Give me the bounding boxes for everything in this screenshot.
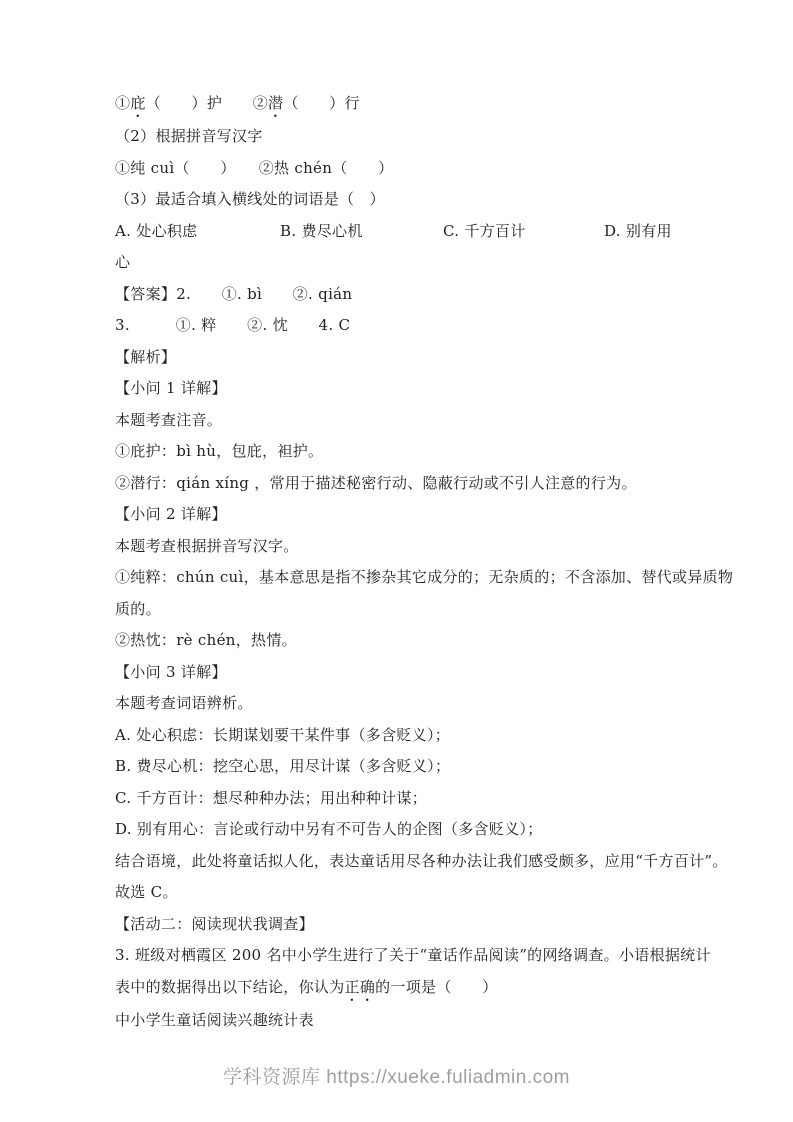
analysis-heading: 【解析】 — [115, 342, 715, 374]
text-segment: 本题考查根据拼音写汉字。 — [115, 537, 299, 555]
text-segment: 中小学生童话阅读兴趣统计表 — [115, 1011, 314, 1029]
option-b-label: B. 费尽心机 — [280, 216, 443, 248]
subq1-item1: ①庇护：bì hù，包庇，袒护。 — [115, 436, 715, 468]
text-segment: A. 处心积虑：长期谋划要干某件事（多含贬义）； — [115, 726, 450, 744]
stat-table-title: 中小学生童话阅读兴趣统计表 — [115, 1005, 715, 1037]
exam-paper-page: ①庇（ ）护 ②潜（ ）行（2）根据拼音写汉字①纯 cuì（ ） ②热 chén… — [0, 0, 793, 1122]
text-segment: ① — [115, 94, 130, 112]
subq2-intro: 本题考查根据拼音写汉字。 — [115, 531, 715, 563]
text-segment: 【小问 1 详解】 — [115, 379, 227, 397]
subq2-heading: 【小问 2 详解】 — [115, 499, 715, 531]
q2-1-pinyin-blanks: ①庇（ ）护 ②潜（ ）行 — [115, 88, 715, 121]
subq1-item2: ②潜行：qián xíng ，常用于描述秘密行动、隐蔽行动或不引人注意的行为。 — [115, 468, 715, 500]
q3-stem-line1: 3. 班级对栖霞区 200 名中小学生进行了关于“童话作品阅读”的网络调查。小语… — [115, 940, 715, 972]
emphasized-text: 正确 — [345, 978, 376, 996]
emphasized-text: 潜 — [268, 94, 283, 112]
text-segment: 【小问 3 详解】 — [115, 663, 227, 681]
text-segment: 【小问 2 详解】 — [115, 505, 227, 523]
document-body: ①庇（ ）护 ②潜（ ）行（2）根据拼音写汉字①纯 cuì（ ） ②热 chén… — [115, 88, 715, 1036]
text-segment: 【答案】2. ①. bì ②. qián — [115, 285, 352, 303]
text-segment: 【解析】 — [115, 348, 176, 366]
subq3-option-c: C. 千方百计：想尽种种办法；用出种种计谋； — [115, 783, 715, 815]
text-segment: 3. 班级对栖霞区 200 名中小学生进行了关于“童话作品阅读”的网络调查。小语… — [115, 946, 711, 964]
text-segment: 本题考查词语辨析。 — [115, 694, 253, 712]
text-segment: ①纯 cuì（ ） ②热 chén（ ） — [115, 159, 393, 177]
option-c-label: C. 千方百计 — [443, 216, 604, 248]
answer-line-1: 【答案】2. ①. bì ②. qián — [115, 279, 715, 311]
q2-2-heading: （2）根据拼音写汉字 — [115, 121, 715, 153]
subq1-intro: 本题考查注音。 — [115, 405, 715, 437]
q2-3-heading: （3）最适合填入横线处的词语是（ ） — [115, 184, 715, 216]
subq2-item2: ②热忱：rè chén，热情。 — [115, 625, 715, 657]
subq2-item1-line1: ①纯粹：chún cuì，基本意思是指不掺杂其它成分的；无杂质的；不含添加、替代… — [115, 562, 715, 594]
text-segment: ②潜行：qián xíng ，常用于描述秘密行动、隐蔽行动或不引人注意的行为。 — [115, 474, 637, 492]
q2-3-options: A. 处心积虑B. 费尽心机C. 千方百计D. 别有用 — [115, 216, 715, 248]
subq3-option-b: B. 费尽心机：挖空心思，用尽计谋（多含贬义）； — [115, 751, 715, 783]
text-segment: 故选 C。 — [115, 883, 178, 901]
q2-2-blanks: ①纯 cuì（ ） ②热 chén（ ） — [115, 153, 715, 185]
subq3-context: 结合语境，此处将童话拟人化，表达童话用尽各种办法让我们感受颇多，应用“千方百计”… — [115, 846, 715, 878]
text-segment: ①庇护：bì hù，包庇，袒护。 — [115, 442, 323, 460]
text-segment: ②热忱：rè chén，热情。 — [115, 631, 297, 649]
subq1-heading: 【小问 1 详解】 — [115, 373, 715, 405]
subq2-item1-line2: 质的。 — [115, 594, 715, 626]
subq3-intro: 本题考查词语辨析。 — [115, 688, 715, 720]
watermark-footer: 学科资源库 https://xueke.fuliadmin.com — [0, 1062, 793, 1089]
text-segment: ①纯粹：chún cuì，基本意思是指不掺杂其它成分的；无杂质的；不含添加、替代… — [115, 568, 733, 586]
subq3-heading: 【小问 3 详解】 — [115, 657, 715, 689]
answer-line-2: 3. ①. 粹 ②. 忱 4. C — [115, 310, 715, 342]
text-segment: （3）最适合填入横线处的词语是（ ） — [115, 190, 385, 208]
option-d-label: D. 别有用 — [604, 216, 715, 248]
text-segment: 【活动二：阅读现状我调查】 — [115, 915, 314, 933]
text-segment: 表中的数据得出以下结论，你认为 — [115, 978, 345, 996]
subq3-conclusion: 故选 C。 — [115, 877, 715, 909]
emphasized-text: 庇 — [130, 94, 145, 112]
text-segment: 质的。 — [115, 600, 161, 618]
text-segment: 结合语境，此处将童话拟人化，表达童话用尽各种办法让我们感受颇多，应用“千方百计”… — [115, 852, 728, 870]
text-segment: 3. ①. 粹 ②. 忱 4. C — [115, 316, 350, 334]
q3-stem-line2: 表中的数据得出以下结论，你认为正确的一项是（ ） — [115, 972, 715, 1005]
subq3-option-a: A. 处心积虑：长期谋划要干某件事（多含贬义）； — [115, 720, 715, 752]
text-segment: 的一项是（ ） — [375, 978, 497, 996]
option-a-label: A. 处心积虑 — [115, 216, 280, 248]
text-segment: C. 千方百计：想尽种种办法；用出种种计谋； — [115, 789, 427, 807]
q2-3-option-d-wrap: 心 — [115, 247, 715, 279]
text-segment: B. 费尽心机：挖空心思，用尽计谋（多含贬义）； — [115, 757, 450, 775]
text-segment: D. 别有用心：言论或行动中另有不可告人的企图（多含贬义）； — [115, 820, 543, 838]
subq3-option-d: D. 别有用心：言论或行动中另有不可告人的企图（多含贬义）； — [115, 814, 715, 846]
text-segment: （ ）护 ② — [146, 94, 268, 112]
activity2-heading: 【活动二：阅读现状我调查】 — [115, 909, 715, 941]
text-segment: 心 — [115, 253, 130, 271]
text-segment: （ ）行 — [283, 94, 360, 112]
text-segment: （2）根据拼音写汉字 — [115, 127, 263, 145]
text-segment: 本题考查注音。 — [115, 411, 222, 429]
